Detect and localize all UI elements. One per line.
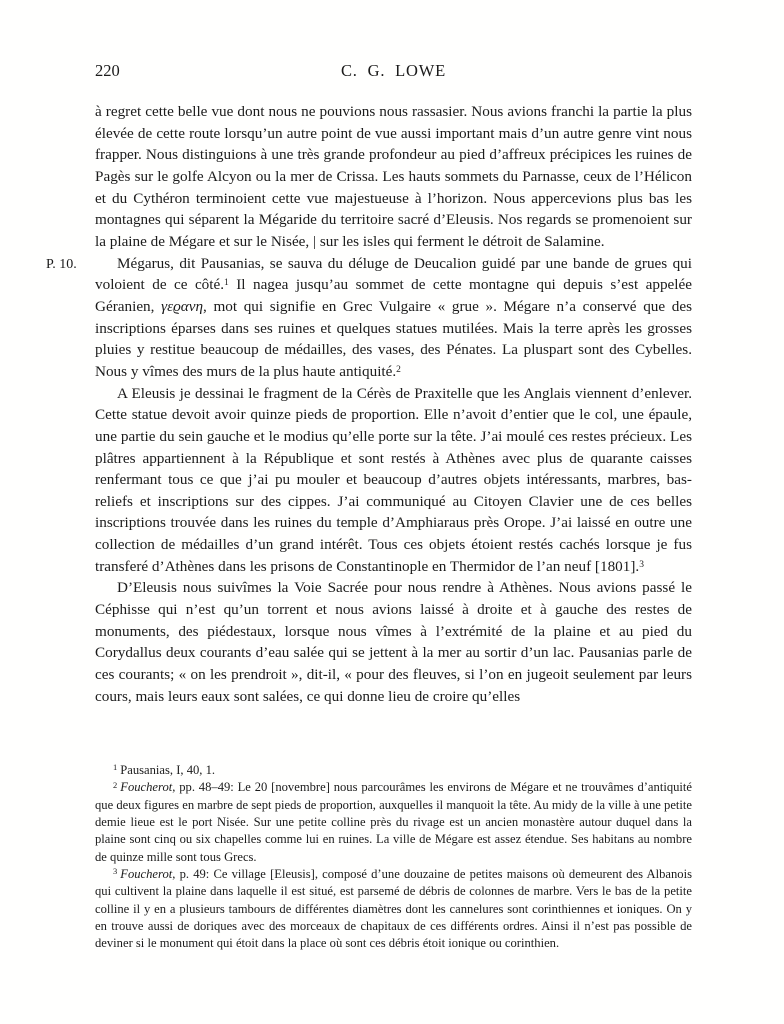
footnote-3-source: Foucherot (120, 867, 172, 881)
para3-text: A Eleusis je dessinai le fragment de la … (95, 385, 692, 575)
footnote-ref-3: 3 (639, 560, 644, 570)
footnote-2-text: , pp. 48–49: Le 20 [novembre] nous parco… (95, 780, 692, 863)
paragraph-eleusis: A Eleusis je dessinai le fragment de la … (95, 383, 692, 578)
footnote-1-text: Pausanias, I, 40, 1. (120, 763, 215, 777)
running-header: 220 C. G. LOWE (95, 61, 692, 83)
footnote-3: 3Foucherot, p. 49: Ce village [Eleusis],… (95, 866, 692, 953)
footnote-2-source: Foucherot (120, 780, 172, 794)
main-text-block: à regret cette belle vue dont nous ne po… (95, 101, 692, 707)
running-head-title: C. G. LOWE (95, 61, 692, 81)
footnote-3-marker: 3 (113, 866, 117, 876)
footnotes-block: 1Pausanias, I, 40, 1. 2Foucherot, pp. 48… (95, 762, 692, 953)
para4-text: D’Eleusis nous suivîmes la Voie Sacrée p… (95, 579, 692, 704)
scanned-journal-page: 220 C. G. LOWE P. 10. à regret cette bel… (0, 0, 784, 1024)
paragraph-megarus: Mégarus, dit Pausanias, se sauva du délu… (95, 253, 692, 383)
paragraph-continuation: à regret cette belle vue dont nous ne po… (95, 101, 692, 253)
footnote-2: 2Foucherot, pp. 48–49: Le 20 [novembre] … (95, 779, 692, 866)
footnote-ref-2: 2 (396, 365, 401, 375)
para1-text: à regret cette belle vue dont nous ne po… (95, 103, 692, 250)
footnote-ref-1: 1 (224, 278, 229, 288)
footnote-2-marker: 2 (113, 780, 117, 790)
footnote-1-marker: 1 (113, 762, 117, 772)
margin-note-page-ref: P. 10. (46, 257, 77, 273)
footnote-3-text: , p. 49: Ce village [Eleusis], composé d… (95, 867, 692, 950)
footnote-1: 1Pausanias, I, 40, 1. (95, 762, 692, 779)
greek-word: γεϱανη (161, 298, 203, 315)
paragraph-voie-sacree: D’Eleusis nous suivîmes la Voie Sacrée p… (95, 577, 692, 707)
